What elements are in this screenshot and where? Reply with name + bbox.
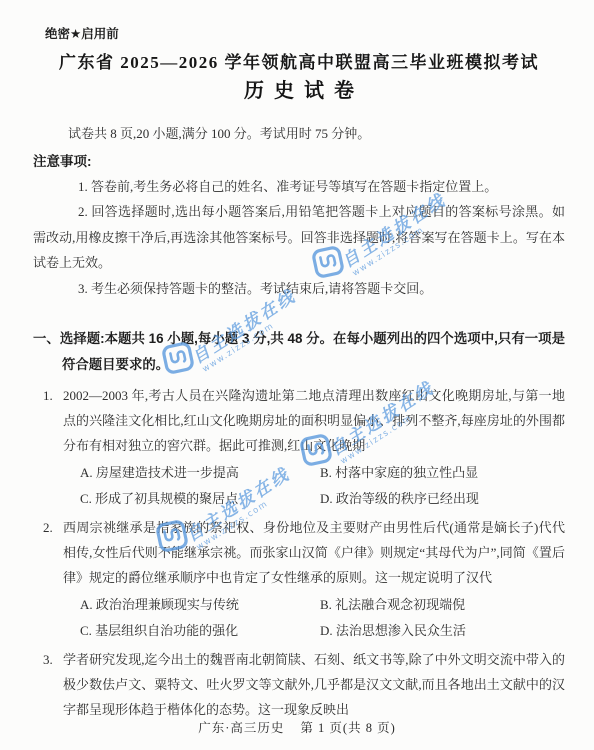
question-list: 1. 2002—2003 年,考古人员在兴隆沟遗址第二地点清理出数座红山文化晚期… <box>43 383 565 722</box>
option-c: C. 形成了初具规模的聚居点 <box>80 486 320 512</box>
option-a: A. 政治治理兼顾现实与传统 <box>80 592 320 618</box>
classification-label: 绝密★启用前 <box>45 26 565 43</box>
page-footer: 广东·高三历史第 1 页(共 8 页) <box>0 718 594 736</box>
exam-title: 广东省 2025—2026 学年领航高中联盟高三毕业班模拟考试 <box>33 51 565 75</box>
option-row: A. 房屋建造技术进一步提高 B. 村落中家庭的独立性凸显 <box>80 460 565 486</box>
notice-heading: 注意事项: <box>33 149 565 174</box>
exam-info-line: 试卷共 8 页,20 小题,满分 100 分。考试用时 75 分钟。 <box>33 121 565 147</box>
option-row: C. 形成了初具规模的聚居点 D. 政治等级的秩序已经出现 <box>80 486 565 512</box>
question-3-number: 3. <box>43 647 53 672</box>
option-d: D. 法治思想渗入民众生活 <box>320 618 565 644</box>
question-3-stem: 学者研究发现,迄今出土的魏晋南北朝简牍、石刻、纸文书等,除了中外文明交流中带入的… <box>63 647 565 722</box>
option-b: B. 礼法融合观念初现端倪 <box>320 592 565 618</box>
footer-page-number: 第 1 页(共 8 页) <box>300 721 395 735</box>
option-row: A. 政治治理兼顾现实与传统 B. 礼法融合观念初现端倪 <box>80 592 565 618</box>
option-b: B. 村落中家庭的独立性凸显 <box>320 460 565 486</box>
question-1-number: 1. <box>43 383 53 408</box>
option-row: C. 基层组织自治功能的强化 D. 法治思想渗入民众生活 <box>80 618 565 644</box>
option-d: D. 政治等级的秩序已经出现 <box>320 486 565 512</box>
footer-exam-name: 广东·高三历史 <box>198 721 284 735</box>
question-2-number: 2. <box>43 515 53 540</box>
notice-item-1: 1. 答卷前,考生务必将自己的姓名、准考证号等填写在答题卡指定位置上。 <box>33 174 565 200</box>
paper-content: 绝密★启用前 广东省 2025—2026 学年领航高中联盟高三毕业班模拟考试 历… <box>33 26 565 722</box>
notice-item-2: 2. 回答选择题时,选出每小题答案后,用铅笔把答题卡上对应题目的答案标号涂黑。如… <box>33 199 565 276</box>
question-1-options: A. 房屋建造技术进一步提高 B. 村落中家庭的独立性凸显 C. 形成了初具规模… <box>63 460 565 512</box>
question-3: 3. 学者研究发现,迄今出土的魏晋南北朝简牍、石刻、纸文书等,除了中外文明交流中… <box>43 647 565 722</box>
exam-paper-page: 绝密★启用前 广东省 2025—2026 学年领航高中联盟高三毕业班模拟考试 历… <box>0 0 594 750</box>
question-2-stem: 西周宗祧继承是指家族的祭祀权、身份地位及主要财产由男性后代(通常是嫡长子)代代相… <box>63 515 565 590</box>
notice-item-3: 3. 考生必须保持答题卡的整洁。考试结束后,请将答题卡交回。 <box>33 276 565 302</box>
section-heading: 一、选择题:本题共 16 小题,每小题 3 分,共 48 分。在每小题列出的四个… <box>33 326 565 377</box>
exam-subtitle: 历史试卷 <box>33 78 565 105</box>
question-2-options: A. 政治治理兼顾现实与传统 B. 礼法融合观念初现端倪 C. 基层组织自治功能… <box>63 592 565 644</box>
question-1: 1. 2002—2003 年,考古人员在兴隆沟遗址第二地点清理出数座红山文化晚期… <box>43 383 565 512</box>
question-1-stem: 2002—2003 年,考古人员在兴隆沟遗址第二地点清理出数座红山文化晚期房址,… <box>63 383 565 458</box>
option-c: C. 基层组织自治功能的强化 <box>80 618 320 644</box>
question-2: 2. 西周宗祧继承是指家族的祭祀权、身份地位及主要财产由男性后代(通常是嫡长子)… <box>43 515 565 644</box>
option-a: A. 房屋建造技术进一步提高 <box>80 460 320 486</box>
